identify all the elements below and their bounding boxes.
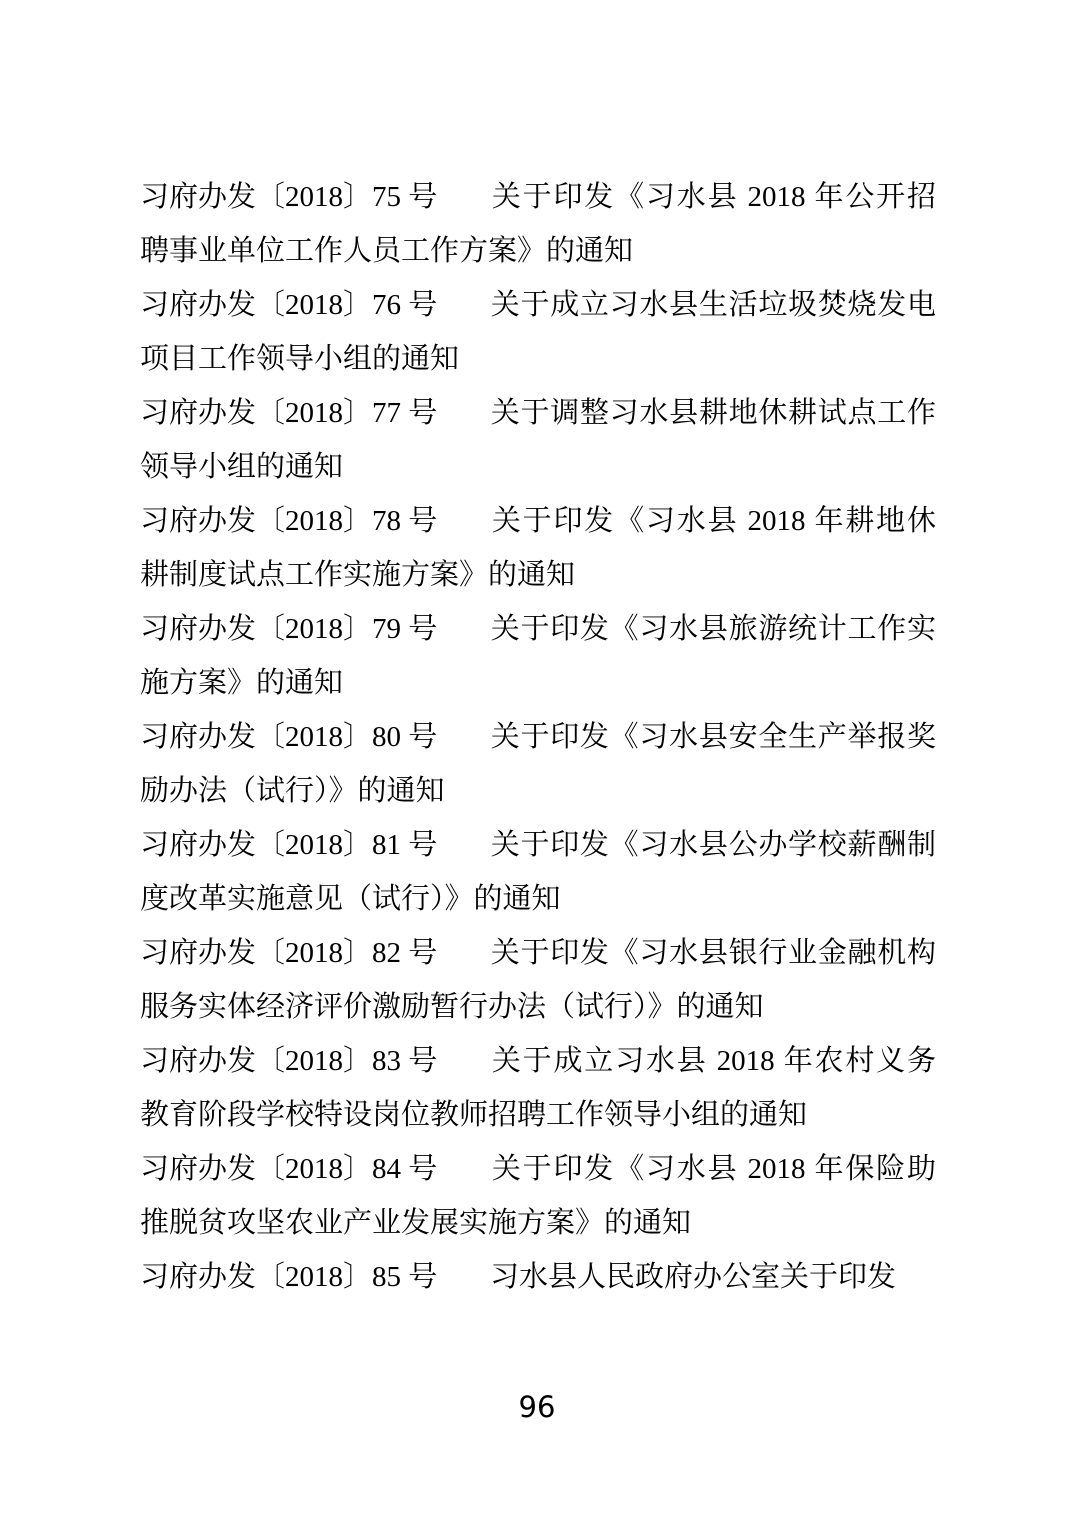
document-page: 习府办发〔2018〕75 号关于印发《习水县 2018 年公开招聘事业单位工作人… <box>0 0 1074 1520</box>
document-entry: 习府办发〔2018〕83 号关于成立习水县 2018 年农村义务教育阶段学校特设… <box>140 1034 936 1142</box>
document-number: 习府办发〔2018〕81 号 <box>140 818 490 872</box>
document-entry: 习府办发〔2018〕81 号关于印发《习水县公办学校薪酬制度改革实施意见（试行）… <box>140 818 936 926</box>
document-entry: 习府办发〔2018〕85 号习水县人民政府办公室关于印发 <box>140 1250 936 1304</box>
document-entry: 习府办发〔2018〕77 号关于调整习水县耕地休耕试点工作领导小组的通知 <box>140 386 936 494</box>
document-entry: 习府办发〔2018〕82 号关于印发《习水县银行业金融机构服务实体经济评价激励暂… <box>140 926 936 1034</box>
document-number: 习府办发〔2018〕84 号 <box>140 1142 490 1196</box>
document-entry: 习府办发〔2018〕75 号关于印发《习水县 2018 年公开招聘事业单位工作人… <box>140 170 936 278</box>
document-number: 习府办发〔2018〕76 号 <box>140 278 490 332</box>
document-list: 习府办发〔2018〕75 号关于印发《习水县 2018 年公开招聘事业单位工作人… <box>140 170 936 1304</box>
document-number: 习府办发〔2018〕75 号 <box>140 170 490 224</box>
document-number: 习府办发〔2018〕77 号 <box>140 386 490 440</box>
document-entry: 习府办发〔2018〕79 号关于印发《习水县旅游统计工作实施方案》的通知 <box>140 602 936 710</box>
page-number: 96 <box>519 1390 556 1424</box>
document-number: 习府办发〔2018〕83 号 <box>140 1034 490 1088</box>
document-entry: 习府办发〔2018〕76 号关于成立习水县生活垃圾焚烧发电项目工作领导小组的通知 <box>140 278 936 386</box>
document-entry: 习府办发〔2018〕78 号关于印发《习水县 2018 年耕地休耕制度试点工作实… <box>140 494 936 602</box>
document-number: 习府办发〔2018〕82 号 <box>140 926 490 980</box>
document-number: 习府办发〔2018〕78 号 <box>140 494 490 548</box>
document-title: 习水县人民政府办公室关于印发 <box>490 1261 896 1293</box>
document-number: 习府办发〔2018〕80 号 <box>140 710 490 764</box>
document-number: 习府办发〔2018〕79 号 <box>140 602 490 656</box>
page-footer: 96 <box>0 1390 1074 1424</box>
document-number: 习府办发〔2018〕85 号 <box>140 1250 490 1304</box>
document-entry: 习府办发〔2018〕80 号关于印发《习水县安全生产举报奖励办法（试行）》的通知 <box>140 710 936 818</box>
document-entry: 习府办发〔2018〕84 号关于印发《习水县 2018 年保险助推脱贫攻坚农业产… <box>140 1142 936 1250</box>
